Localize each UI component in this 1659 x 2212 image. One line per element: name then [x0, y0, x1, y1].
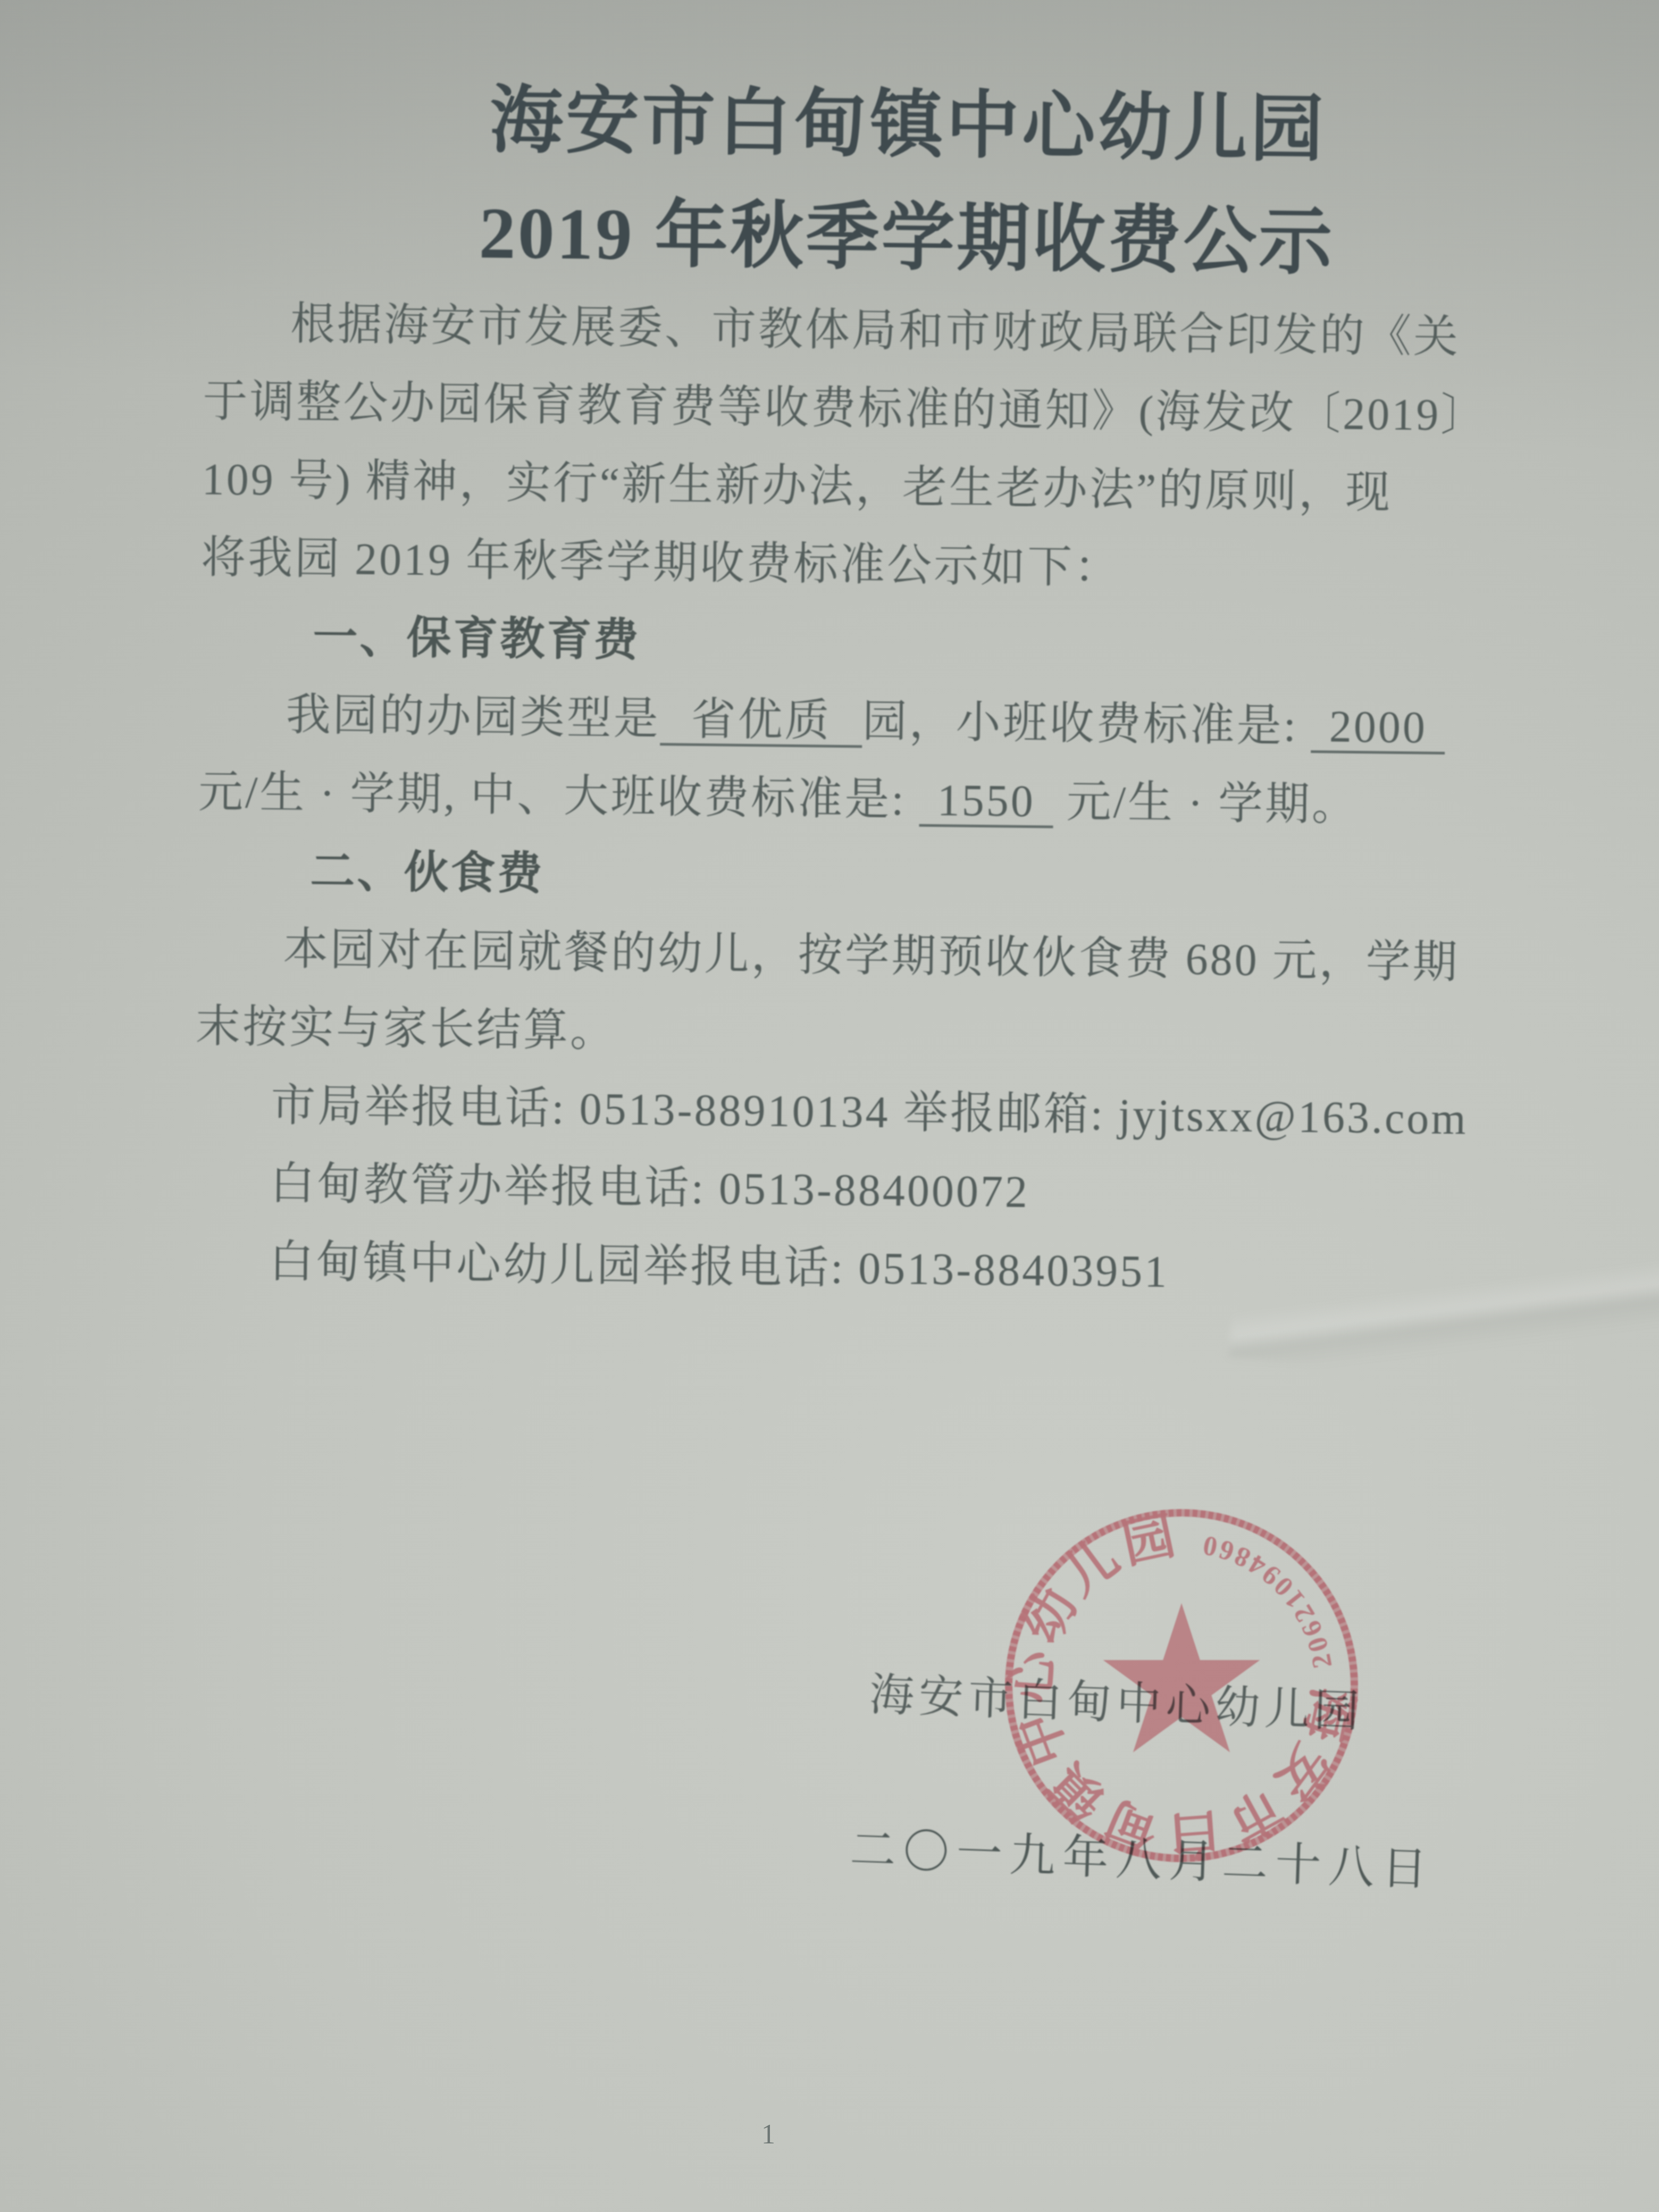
meal-line: 末按实与家长结算。 [195, 987, 1504, 1080]
fee-line-2-post: 元/生 · 学期。 [1053, 777, 1359, 831]
fee-line-2-pre: 元/生 · 学期, 中、大班收费标准是: [198, 767, 920, 825]
blank-kindergarten-type: 省优质 [660, 696, 862, 748]
contact-line-baidian-office: 白甸教管办举报电话: 0513-88400072 [194, 1144, 1503, 1237]
blank-mid-class-fee: 1550 [919, 777, 1053, 828]
fee-line-2: 元/生 · 学期, 中、大班收费标准是: 1550 元/生 · 学期。 [198, 753, 1507, 846]
signature-block: 海安市白甸中心幼儿园 二〇一九年八月二十八日 [36, 0, 1659, 667]
page-number: 1 [761, 2119, 775, 2150]
seal-star-icon [1103, 1603, 1260, 1752]
section-heading-meals: 二、伙食费 [197, 831, 1506, 924]
meal-line: 本园对在园就餐的幼儿，按学期预收伙食费 680 元，学期 [196, 909, 1505, 1002]
fee-line-1-pre: 我园的办园类型是 [286, 690, 660, 744]
photographed-page: 海安市白甸镇中心幼儿园 2019 年秋季学期收费公示 根据海安市发展委、市教体局… [0, 0, 1659, 2212]
contact-line-city-bureau: 市局举报电话: 0513-88910134 举报邮箱: jyjtsxx@163.… [195, 1066, 1504, 1159]
fee-line-1-mid: 园，小班收费标准是: [862, 697, 1311, 751]
blank-small-class-fee: 2000 [1311, 703, 1445, 755]
fee-line-1: 我园的办园类型是省优质园，小班收费标准是: 2000 [199, 675, 1508, 768]
official-seal: 海安市白甸镇中心幼儿园 3206210948609 [958, 1462, 1405, 1909]
contact-line-kindergarten: 白甸镇中心幼儿园举报电话: 0513-88403951 [192, 1222, 1502, 1315]
